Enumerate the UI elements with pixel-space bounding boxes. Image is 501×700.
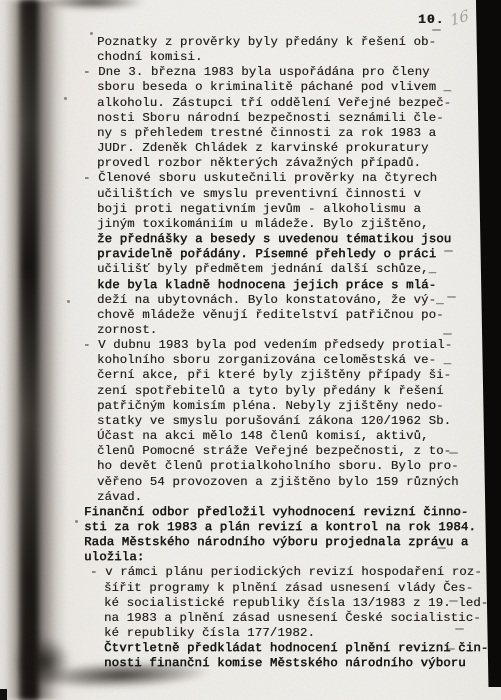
text-line: šířit programy k plnění zásad usnesení v… <box>104 581 501 596</box>
text-line: závad. <box>97 490 501 505</box>
paper-speck <box>75 520 78 523</box>
scanned-document-page: 10. 16 Poznatky z prověrky byly předány … <box>0 0 501 700</box>
text-line: chodní komisi. <box>97 50 501 65</box>
typed-text-block: Poznatky z prověrky byly předány k řešen… <box>0 35 501 672</box>
paper-speck <box>64 97 67 100</box>
faint-margin-dash <box>449 452 458 454</box>
text-line: učilištích ve smyslu preventivní činnost… <box>97 187 501 202</box>
text-line: Finanční odbor předložil vyhodnocení rev… <box>84 505 501 520</box>
faint-margin-dash <box>447 296 456 298</box>
text-line: Účast na akci mělo 148 členů komisí, akt… <box>97 429 501 444</box>
faint-margin-dash <box>443 333 452 335</box>
top-edge-smudge <box>28 0 158 12</box>
text-line: zornost. <box>97 323 501 338</box>
text-line: zení spotřebitelů a tyto byly předány k … <box>97 384 501 399</box>
paper-speck <box>90 32 93 35</box>
text-line: že přednášky a besedy s uvedenou tématik… <box>97 232 501 247</box>
faint-margin-dash <box>446 648 455 650</box>
text-line: nosti finanční komise Městského národníh… <box>104 656 501 671</box>
text-line: uložila: <box>84 550 501 565</box>
text-line: ké socialistické republiky čísla 13/1983… <box>104 596 501 611</box>
text-line: sti za rok 1983 a plán revizí a kontrol … <box>84 520 501 535</box>
faint-margin-dash <box>451 513 460 515</box>
text-line: - V dubnu 1983 byla pod vedením předsedy… <box>83 338 501 353</box>
text-line: kde byla kladně hodnocena jejich práce s… <box>97 278 501 293</box>
text-line: - Členové sboru uskutečnili prověrky na … <box>83 171 501 186</box>
text-line: provedl rozbor některých závažných přípa… <box>97 156 501 171</box>
text-line: členů Pomocné stráže Veřejné bezpečnosti… <box>97 444 501 459</box>
faint-margin-dash <box>444 250 453 252</box>
text-line: patřičným komisím pléna. Nebyly zjištěny… <box>97 399 501 414</box>
text-line: chově mládeže věnují ředitelství patřičn… <box>97 308 501 323</box>
text-line: ho devět členů protialkoholního sboru. B… <box>97 459 501 474</box>
text-line: JUDr. Zdeněk Chládek z karvinské prokura… <box>97 141 501 156</box>
text-line: věřeno 54 provozoven a zjištěno bylo 159… <box>97 475 501 490</box>
text-line: - Dne 3. března 1983 byla uspořádána pro… <box>83 65 501 80</box>
text-line: deží na ubytovnách. Bylo konstatováno, ž… <box>97 293 501 308</box>
text-line: učilišť byly předmětem jednání další sch… <box>97 262 501 277</box>
paper-speck <box>67 300 70 303</box>
text-line: jiným toxikomániím u mládeže. Bylo zjišt… <box>97 217 501 232</box>
text-line: alkoholu. Zástupci tří oddělení Veřejné … <box>97 96 501 111</box>
bottom-left-corner-mark <box>0 689 7 700</box>
faint-margin-dash <box>432 29 441 31</box>
faint-margin-dash <box>437 547 446 549</box>
text-line: Poznatky z prověrky byly předány k řešen… <box>97 35 501 50</box>
faint-margin-dash <box>449 600 458 602</box>
text-line: černí akce, při které byly zjištěny příp… <box>97 368 501 383</box>
handwritten-pencil-mark: 16 <box>449 6 470 30</box>
text-line: statky ve smyslu porušování zákona 120/1… <box>97 414 501 429</box>
text-line: nosti Sboru národní bezpečnosti seznámil… <box>97 111 501 126</box>
text-line: koholního sboru zorganizována celoměstsk… <box>97 353 501 368</box>
text-line: boji proti negativním jevům - alkoholism… <box>97 202 501 217</box>
text-line: Čtvrtletně předkládat hodnocení plnění r… <box>104 641 501 656</box>
faint-margin-dash <box>455 628 464 630</box>
text-line: ny s přehledem trestné činnosti za rok 1… <box>97 126 501 141</box>
text-line: na 1983 a plnění zásad usnesení České so… <box>104 611 501 626</box>
page-number: 10. <box>418 12 444 27</box>
text-line: - v rámci plánu periodických revizí hosp… <box>90 565 501 580</box>
text-line: sboru beseda o kriminalitě páchané pod v… <box>97 80 501 95</box>
text-line: pravidelně pořádány. Písemné přehledy o … <box>97 247 501 262</box>
text-line: ké republiky čísla 177/1982. <box>104 626 501 641</box>
